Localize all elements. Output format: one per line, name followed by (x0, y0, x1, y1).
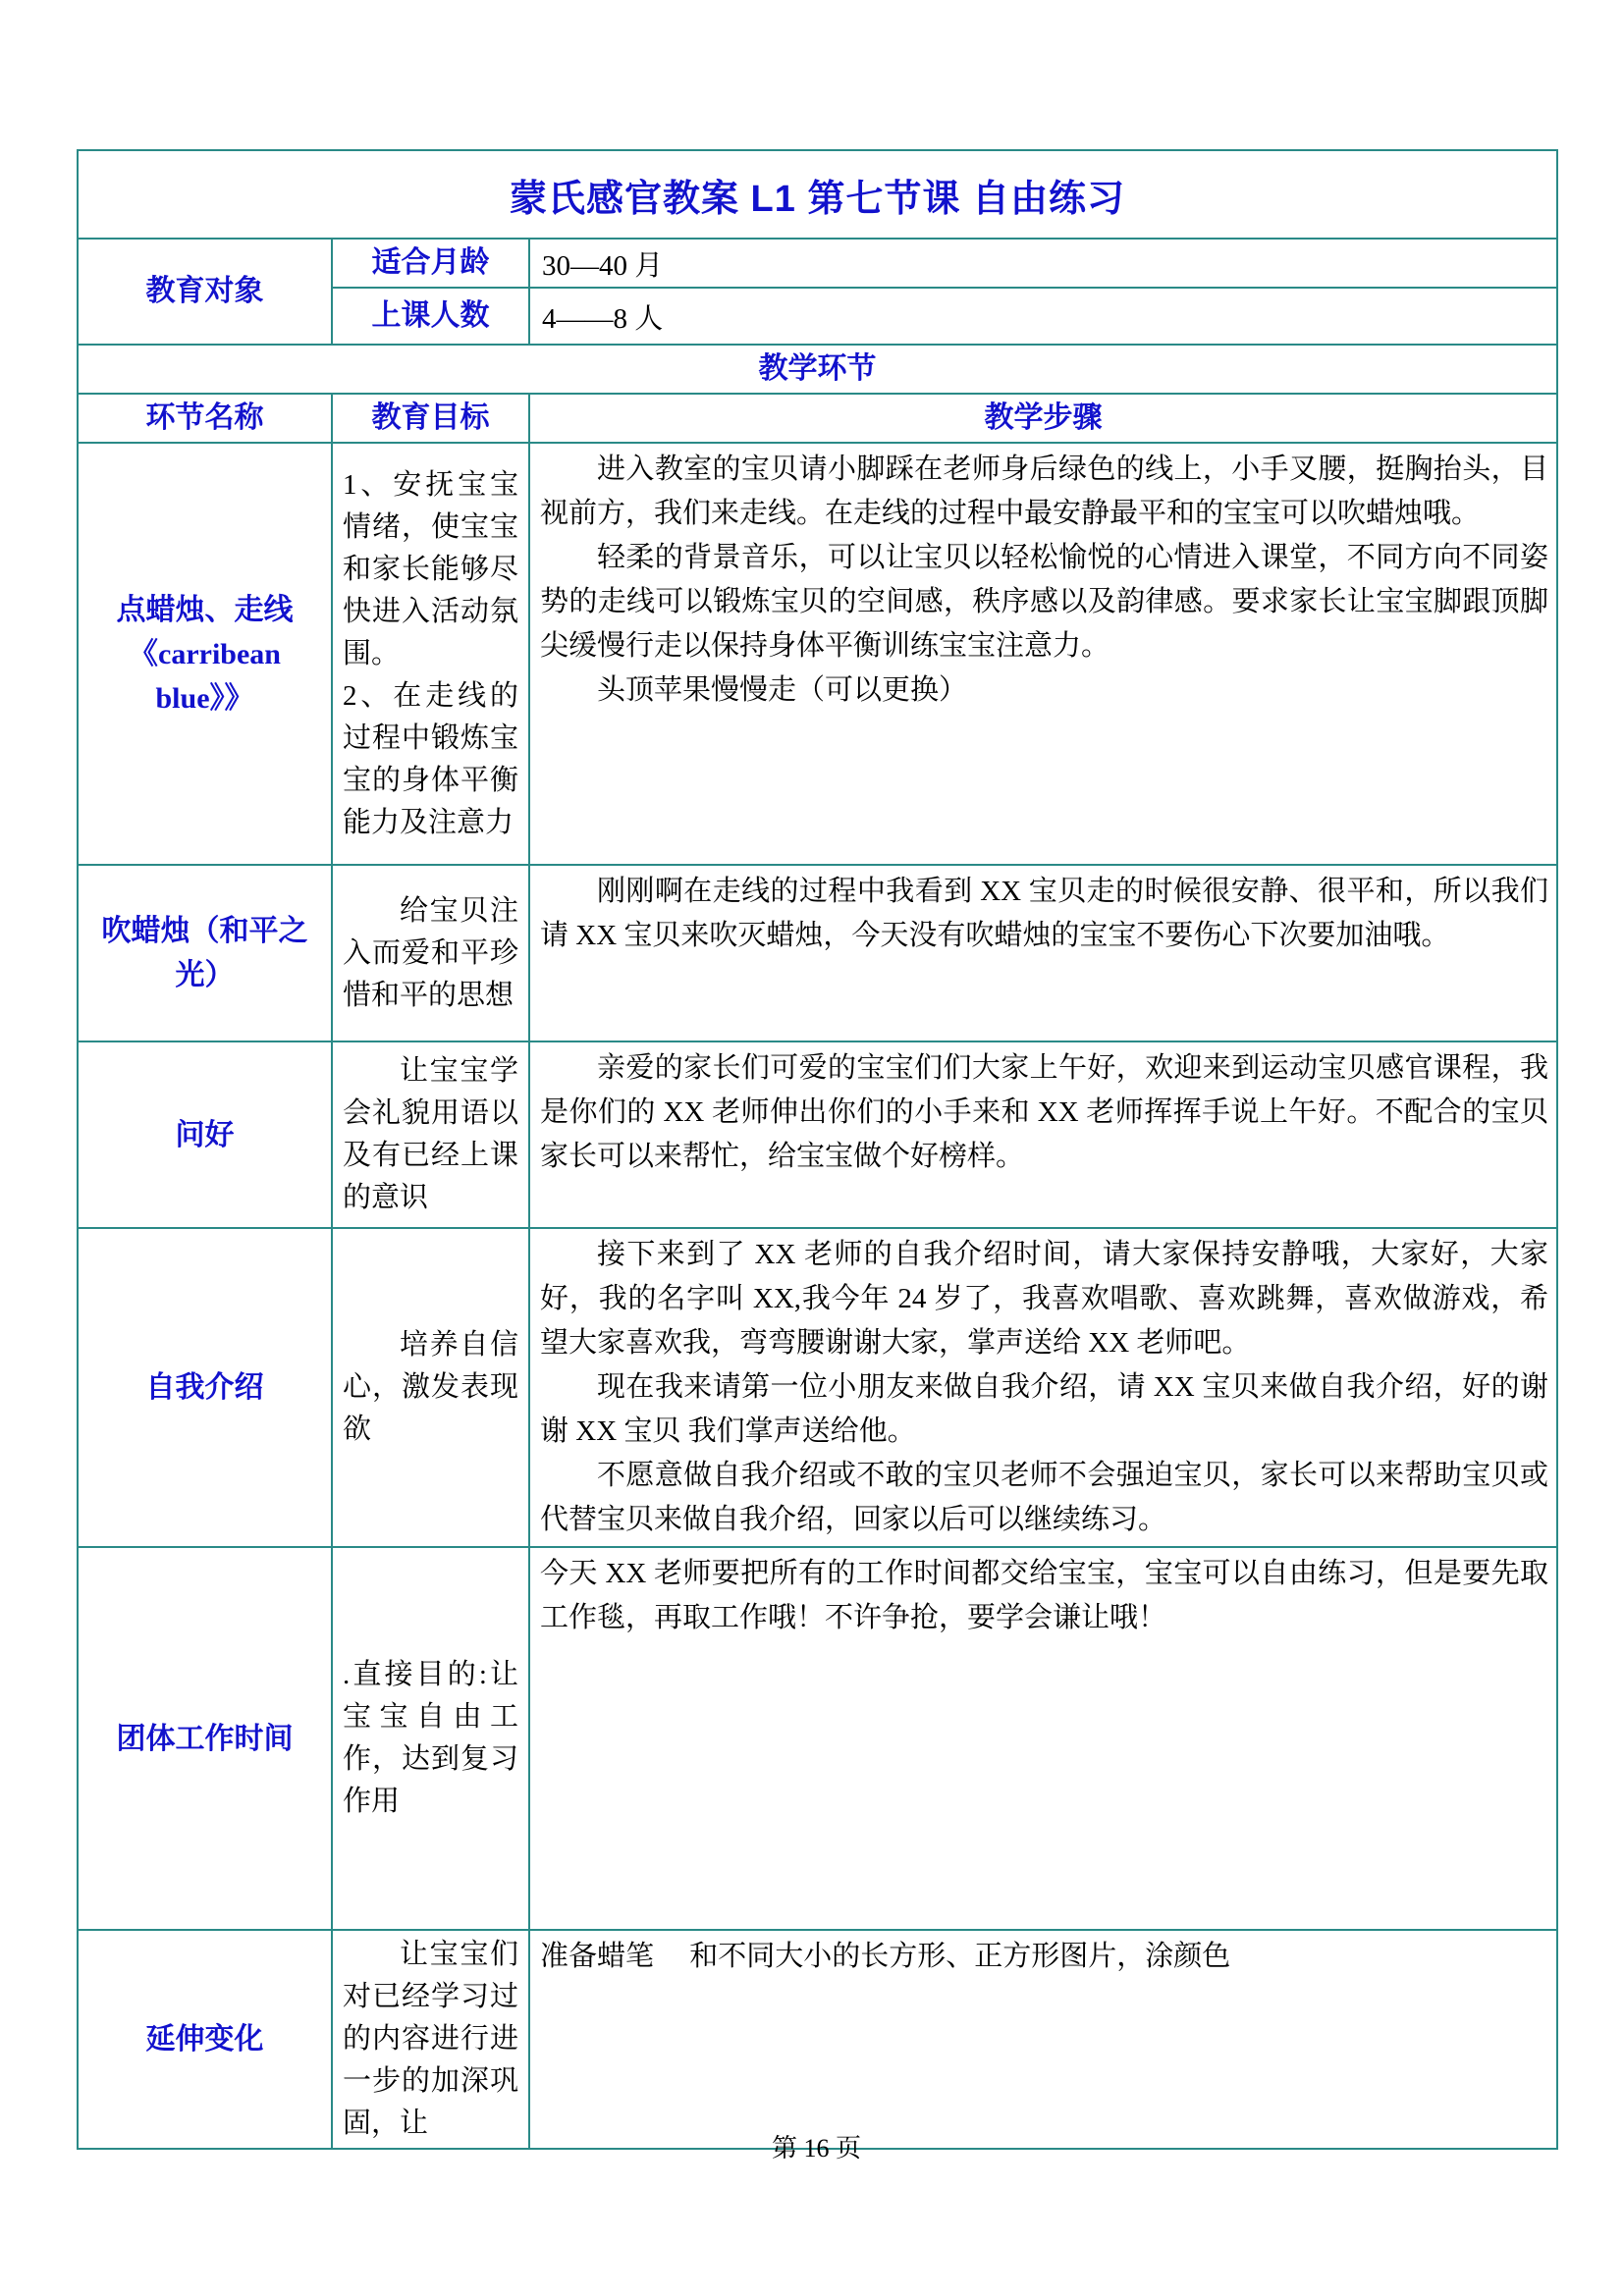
table-row: 点蜡烛、走线《carribean blue》》 1、安抚宝宝情绪，使宝宝和家长能… (78, 443, 1557, 865)
objective-paragraph: 培养自信心，激发表现欲 (343, 1324, 518, 1451)
table-row: 问好 让宝宝学会礼貌用语以及有已经上课的意识 亲爱的家长们可爱的宝宝们们大家上午… (78, 1041, 1557, 1228)
audience-label: 教育对象 (78, 239, 332, 345)
step-paragraph: 接下来到了 XX 老师的自我介绍时间，请大家保持安静哦，大家好，大家好，我的名字… (540, 1233, 1548, 1365)
step-name: 延伸变化 (78, 1930, 332, 2149)
steps-cell: 准备蜡笔 和不同大小的长方形、正方形图片，涂颜色 (529, 1930, 1557, 2149)
step-paragraph: 头顶苹果慢慢走（可以更换） (540, 668, 1548, 713)
column-header-row: 环节名称 教育目标 教学步骤 (78, 394, 1557, 443)
objective-paragraph: 2、在走线的过程中锻炼宝宝的身体平衡能力及注意力 (343, 675, 518, 844)
steps-cell: 亲爱的家长们可爱的宝宝们们大家上午好，欢迎来到运动宝贝感官课程，我是你们的 XX… (529, 1041, 1557, 1228)
class-size-label: 上课人数 (332, 288, 529, 345)
step-name: 点蜡烛、走线《carribean blue》》 (78, 443, 332, 865)
page-number: 第 16 页 (77, 2128, 1556, 2164)
steps-cell: 刚刚啊在走线的过程中我看到 XX 宝贝走的时候很安静、很平和，所以我们请 XX … (529, 865, 1557, 1041)
step-name: 自我介绍 (78, 1228, 332, 1547)
lesson-plan-table: 蒙氏感官教案 L1 第七节课 自由练习 教育对象 适合月龄 30—40 月 上课… (77, 149, 1558, 2150)
page-title: 蒙氏感官教案 L1 第七节课 自由练习 (78, 150, 1557, 239)
step-paragraph: 今天 XX 老师要把所有的工作时间都交给宝宝，宝宝可以自由练习，但是要先取工作毯… (540, 1552, 1548, 1640)
section-header-row: 教学环节 (78, 345, 1557, 394)
step-paragraph: 现在我来请第一位小朋友来做自我介绍，请 XX 宝贝来做自我介绍，好的谢谢 XX … (540, 1365, 1548, 1454)
objective-paragraph: 给宝贝注入而爱和平珍惜和平的思想 (343, 890, 518, 1017)
step-paragraph: 刚刚啊在走线的过程中我看到 XX 宝贝走的时候很安静、很平和，所以我们请 XX … (540, 870, 1548, 958)
table-row: 团体工作时间 .直接目的:让宝宝自由工作，达到复习作用 今天 XX 老师要把所有… (78, 1547, 1557, 1930)
table-row: 自我介绍 培养自信心，激发表现欲 接下来到了 XX 老师的自我介绍时间，请大家保… (78, 1228, 1557, 1547)
table-row: 延伸变化 让宝宝们对已经学习过的内容进行进一步的加深巩固，让 准备蜡笔 和不同大… (78, 1930, 1557, 2149)
objective-cell: .直接目的:让宝宝自由工作，达到复习作用 (332, 1547, 529, 1930)
steps-cell: 进入教室的宝贝请小脚踩在老师身后绿色的线上，小手叉腰，挺胸抬头，目视前方，我们来… (529, 443, 1557, 865)
objective-cell: 给宝贝注入而爱和平珍惜和平的思想 (332, 865, 529, 1041)
objective-paragraph: 让宝宝们对已经学习过的内容进行进一步的加深巩固，让 (343, 1934, 518, 2145)
step-paragraph: 进入教室的宝贝请小脚踩在老师身后绿色的线上，小手叉腰，挺胸抬头，目视前方，我们来… (540, 448, 1548, 536)
col-header-steps: 教学步骤 (529, 394, 1557, 443)
step-paragraph: 轻柔的背景音乐，可以让宝贝以轻松愉悦的心情进入课堂，不同方向不同姿势的走线可以锻… (540, 536, 1548, 668)
section-title: 教学环节 (78, 345, 1557, 394)
objective-cell: 让宝宝学会礼貌用语以及有已经上课的意识 (332, 1041, 529, 1228)
age-value: 30—40 月 (529, 239, 1557, 288)
step-name: 团体工作时间 (78, 1547, 332, 1930)
title-row: 蒙氏感官教案 L1 第七节课 自由练习 (78, 150, 1557, 239)
step-paragraph: 准备蜡笔 和不同大小的长方形、正方形图片，涂颜色 (540, 1935, 1548, 1979)
step-name: 问好 (78, 1041, 332, 1228)
steps-cell: 接下来到了 XX 老师的自我介绍时间，请大家保持安静哦，大家好，大家好，我的名字… (529, 1228, 1557, 1547)
class-size-value: 4——8 人 (529, 288, 1557, 345)
audience-row-age: 教育对象 适合月龄 30—40 月 (78, 239, 1557, 288)
col-header-objective: 教育目标 (332, 394, 529, 443)
table-row: 吹蜡烛（和平之光） 给宝贝注入而爱和平珍惜和平的思想 刚刚啊在走线的过程中我看到… (78, 865, 1557, 1041)
objective-paragraph: .直接目的:让宝宝自由工作，达到复习作用 (343, 1654, 518, 1823)
step-name: 吹蜡烛（和平之光） (78, 865, 332, 1041)
objective-paragraph: 1、安抚宝宝情绪，使宝宝和家长能够尽快进入活动氛围。 (343, 464, 518, 675)
objective-cell: 培养自信心，激发表现欲 (332, 1228, 529, 1547)
col-header-step-name: 环节名称 (78, 394, 332, 443)
step-paragraph: 亲爱的家长们可爱的宝宝们们大家上午好，欢迎来到运动宝贝感官课程，我是你们的 XX… (540, 1046, 1548, 1179)
objective-cell: 1、安抚宝宝情绪，使宝宝和家长能够尽快进入活动氛围。 2、在走线的过程中锻炼宝宝… (332, 443, 529, 865)
objective-cell: 让宝宝们对已经学习过的内容进行进一步的加深巩固，让 (332, 1930, 529, 2149)
lesson-plan-sheet: 蒙氏感官教案 L1 第七节课 自由练习 教育对象 适合月龄 30—40 月 上课… (77, 149, 1558, 2150)
step-paragraph: 不愿意做自我介绍或不敢的宝贝老师不会强迫宝贝，家长可以来帮助宝贝或代替宝贝来做自… (540, 1454, 1548, 1542)
objective-paragraph: 让宝宝学会礼貌用语以及有已经上课的意识 (343, 1050, 518, 1219)
age-label: 适合月龄 (332, 239, 529, 288)
steps-cell: 今天 XX 老师要把所有的工作时间都交给宝宝，宝宝可以自由练习，但是要先取工作毯… (529, 1547, 1557, 1930)
